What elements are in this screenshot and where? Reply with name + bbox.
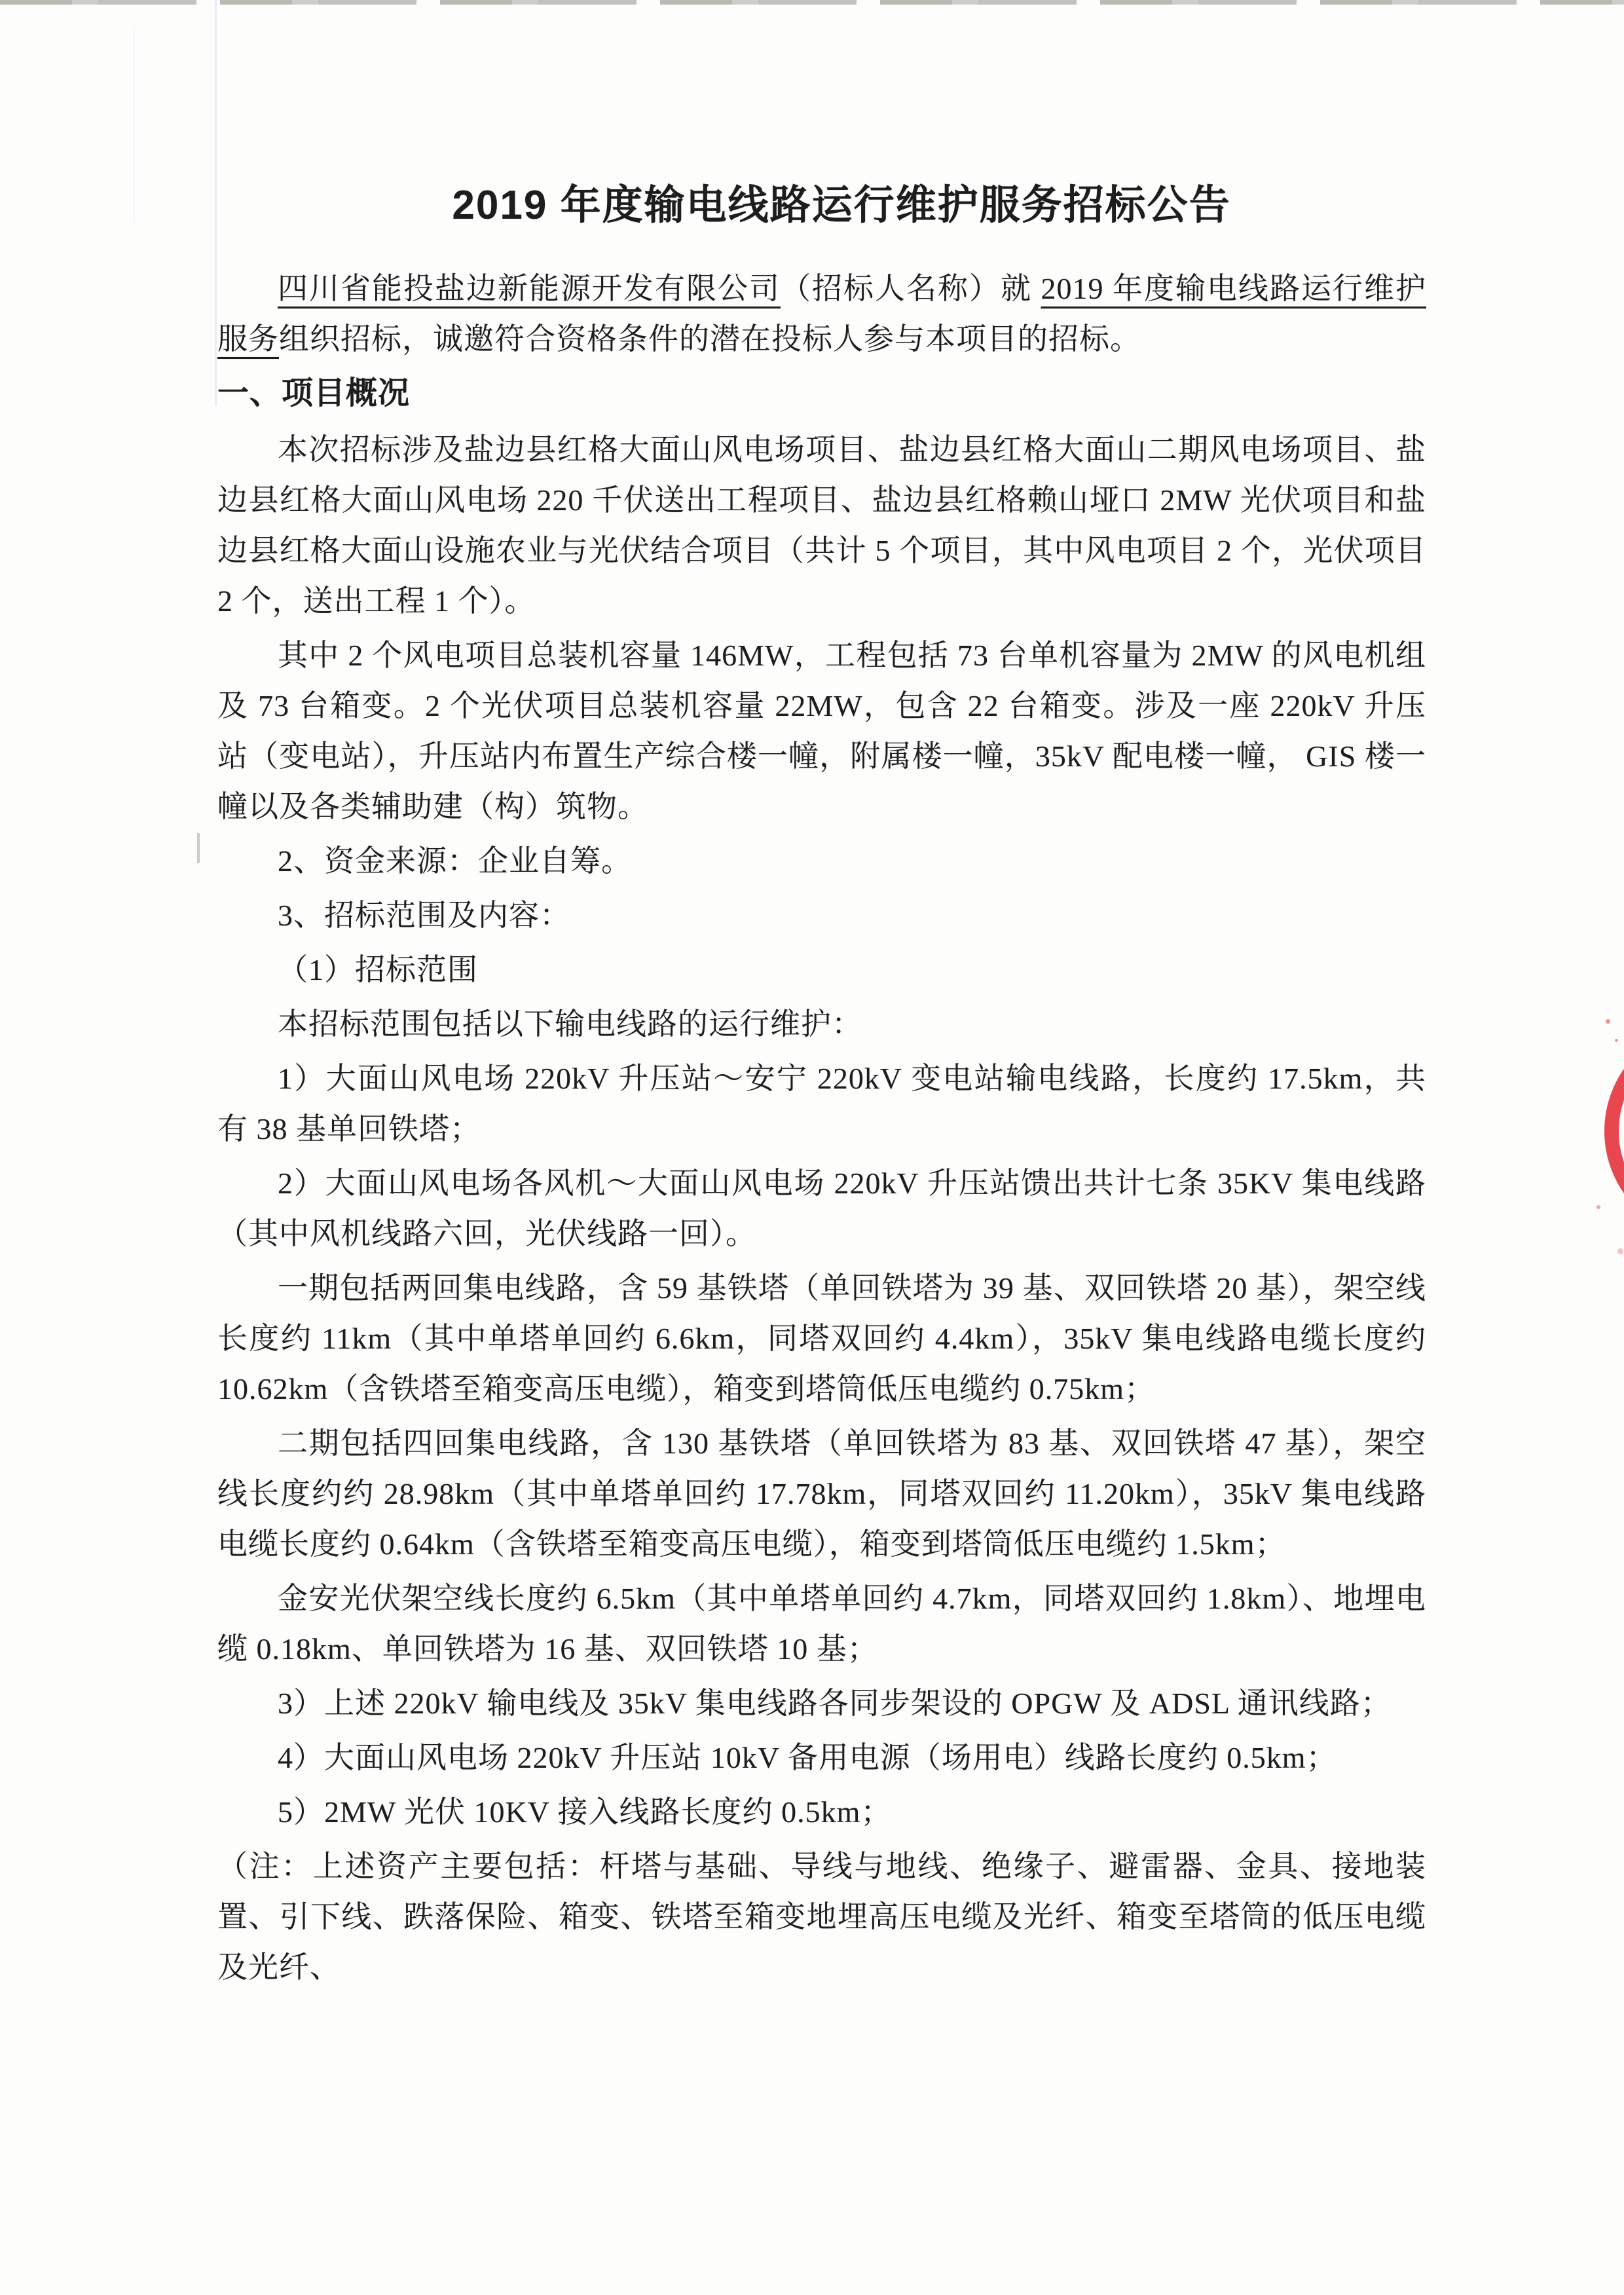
red-seal-stamp-partial bbox=[1604, 1022, 1624, 1240]
paragraph-item-2: 2）大面山风电场各风机～大面山风电场 220kV 升压站馈出共计七条 35KV … bbox=[217, 1158, 1426, 1259]
paragraph-item-4: 4）大面山风电场 220kV 升压站 10kV 备用电源（场用电）线路长度约 0… bbox=[217, 1732, 1426, 1783]
paragraph-scope-subheader: （1）招标范围 bbox=[217, 944, 1426, 995]
paragraph-item-5: 5）2MW 光伏 10KV 接入线路长度约 0.5km； bbox=[217, 1787, 1426, 1837]
scan-artifact-vertical-line bbox=[215, 0, 217, 406]
intro-text: 组织招标，诚邀符合资格条件的潜在投标人参与本项目的招标。 bbox=[279, 322, 1141, 356]
document-content: 2019 年度输电线路运行维护服务招标公告 四川省能投盐边新能源开发有限公司（招… bbox=[217, 178, 1426, 1996]
paragraph-item-3: 3）上述 220kV 输电线及 35kV 集电线路各同步架设的 OPGW 及 A… bbox=[217, 1678, 1426, 1728]
paragraph-scope-intro: 本招标范围包括以下输电线路的运行维护： bbox=[217, 999, 1426, 1049]
intro-paragraph: 四川省能投盐边新能源开发有限公司（招标人名称）就 2019 年度输电线路运行维护… bbox=[217, 263, 1426, 364]
red-ink-speck bbox=[1606, 1019, 1610, 1024]
paragraph-project-scope: 本次招标涉及盐边县红格大面山风电场项目、盐边县红格大面山二期风电场项目、盐边县红… bbox=[217, 424, 1426, 626]
paragraph-phase-1-detail: 一期包括两回集电线路，含 59 基铁塔（单回铁塔为 39 基、双回铁塔 20 基… bbox=[217, 1263, 1426, 1414]
scan-artifact-top-edge bbox=[0, 0, 1624, 5]
paragraph-item-1: 1）大面山风电场 220kV 升压站～安宁 220kV 变电站输电线路，长度约 … bbox=[217, 1053, 1426, 1154]
red-ink-speck bbox=[1615, 1039, 1618, 1042]
section-heading-project-overview: 一、项目概况 bbox=[217, 368, 1426, 419]
paragraph-capacity-detail: 其中 2 个风电项目总装机容量 146MW，工程包括 73 台单机容量为 2MW… bbox=[217, 630, 1426, 832]
paragraph-bid-scope-header: 3、招标范围及内容： bbox=[217, 890, 1426, 941]
red-ink-speck bbox=[1596, 1205, 1600, 1209]
bidder-name-underlined: 四川省能投盐边新能源开发有限公司 bbox=[278, 272, 781, 305]
scanned-document-page: 2019 年度输电线路运行维护服务招标公告 四川省能投盐边新能源开发有限公司（招… bbox=[0, 0, 1624, 2295]
red-ink-speck bbox=[1617, 1248, 1623, 1254]
paragraph-note: （注：上述资产主要包括：杆塔与基础、导线与地线、绝缘子、避雷器、金具、接地装置、… bbox=[217, 1841, 1426, 1992]
scan-artifact-vertical-line bbox=[134, 26, 135, 223]
paragraph-phase-2-detail: 二期包括四回集电线路，含 130 基铁塔（单回铁塔为 83 基、双回铁塔 47 … bbox=[217, 1418, 1426, 1569]
paragraph-funding-source: 2、资金来源：企业自筹。 bbox=[217, 836, 1426, 886]
intro-text: （招标人名称）就 bbox=[781, 272, 1041, 305]
document-title: 2019 年度输电线路运行维护服务招标公告 bbox=[237, 178, 1446, 233]
paragraph-jinan-pv-detail: 金安光伏架空线长度约 6.5km（其中单塔单回约 4.7km，同塔双回约 1.8… bbox=[217, 1573, 1426, 1674]
scan-artifact-mark bbox=[197, 833, 200, 863]
